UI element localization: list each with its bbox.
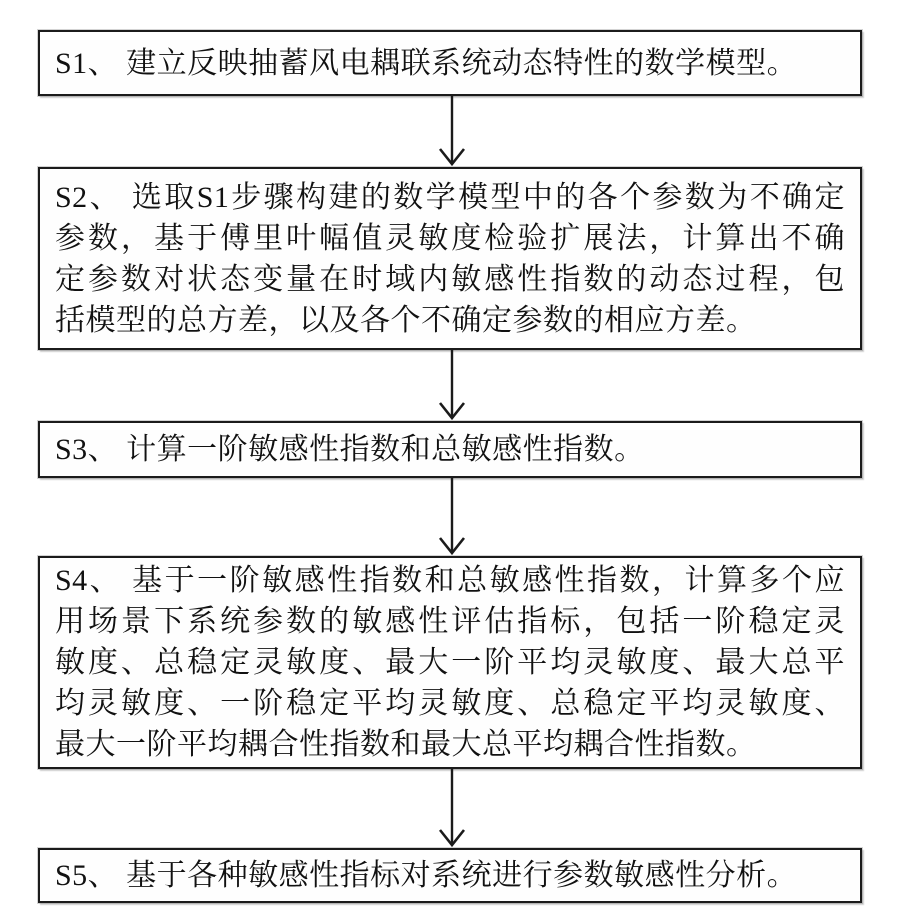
step-box-s3: S3、 计算一阶敏感性指数和总敏感性指数。 — [38, 421, 862, 478]
step-s2-text-line: 定参数对状态变量在时域内敏感性指数的动态过程，包 — [55, 259, 845, 300]
step-box-s4: S4、 基于一阶敏感性指数和总敏感性指数，计算多个应 用场景下系统参数的敏感性评… — [38, 556, 862, 769]
step-s4-text-line: S4、 基于一阶敏感性指数和总敏感性指数，计算多个应 — [55, 560, 845, 601]
step-s4-text-line: 最大一阶平均耦合性指数和最大总平均耦合性指数。 — [55, 724, 845, 765]
step-s3-text: S3、 计算一阶敏感性指数和总敏感性指数。 — [55, 429, 845, 470]
step-box-s2: S2、 选取S1步骤构建的数学模型中的各个参数为不确定 参数，基于傅里叶幅值灵敏… — [38, 167, 862, 350]
flow-arrow-s2-s3 — [435, 350, 469, 421]
flow-arrow-s4-s5 — [435, 769, 469, 848]
step-s2-text-line: 括模型的总方差，以及各个不确定参数的相应方差。 — [55, 300, 845, 341]
step-s2-text-line: 参数，基于傅里叶幅值灵敏度检验扩展法，计算出不确 — [55, 218, 845, 259]
step-s2-text-line: S2、 选取S1步骤构建的数学模型中的各个参数为不确定 — [55, 177, 845, 218]
step-s1-text: S1、 建立反映抽蓄风电耦联系统动态特性的数学模型。 — [55, 43, 845, 84]
step-s4-text-line: 敏度、总稳定灵敏度、最大一阶平均灵敏度、最大总平 — [55, 642, 845, 683]
step-s4-text-line: 用场景下系统参数的敏感性评估指标，包括一阶稳定灵 — [55, 601, 845, 642]
step-box-s1: S1、 建立反映抽蓄风电耦联系统动态特性的数学模型。 — [38, 30, 862, 96]
step-s4-text-line: 均灵敏度、一阶稳定平均灵敏度、总稳定平均灵敏度、 — [55, 683, 845, 724]
flow-arrow-s3-s4 — [435, 478, 469, 556]
flowchart: S1、 建立反映抽蓄风电耦联系统动态特性的数学模型。 S2、 选取S1步骤构建的… — [0, 0, 906, 923]
flow-arrow-s1-s2 — [435, 96, 469, 167]
step-box-s5: S5、 基于各种敏感性指标对系统进行参数敏感性分析。 — [38, 848, 862, 903]
step-s5-text: S5、 基于各种敏感性指标对系统进行参数敏感性分析。 — [55, 855, 845, 896]
